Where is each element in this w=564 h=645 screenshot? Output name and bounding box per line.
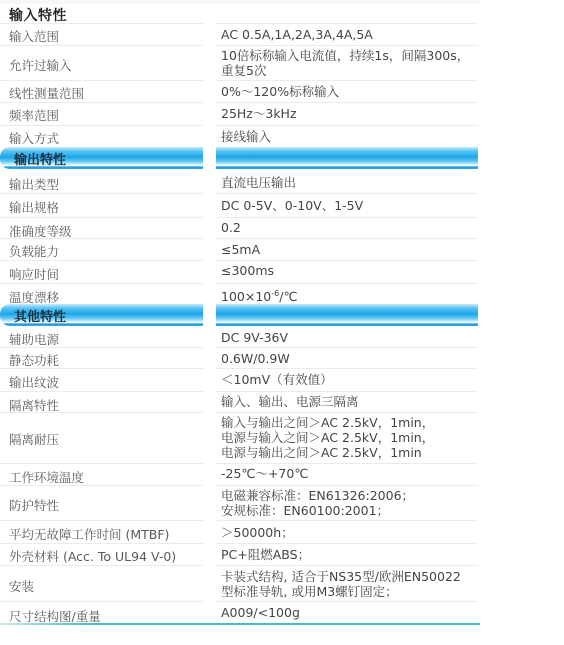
- spec-row-ripple: 输出纹波 ＜10mV（有效值）: [0, 369, 480, 391]
- spec-value-line: 重复5次: [221, 63, 469, 78]
- spec-value-line: 型标准导轨, 或用M3螺钉固定；: [221, 584, 461, 599]
- spec-row-dimensions-weight: 尺寸结构图/重量 A009/<100g: [0, 602, 480, 623]
- section-title-input: 输入特性: [9, 5, 67, 25]
- spec-row-response-time: 响应时间 ≤300ms: [0, 261, 480, 283]
- spec-label: 平均无故障工作时间 (MTBF): [9, 525, 169, 543]
- spec-row-aux-power: 辅助电源 DC 9V-36V: [0, 327, 480, 347]
- spec-value-line: 安规标准：EN60100:2001；: [221, 503, 414, 518]
- spec-row-protection: 防护特性 电磁兼容标准：EN61326:2006； 安规标准：EN60100:2…: [0, 486, 480, 520]
- top-band: [0, 0, 480, 4]
- spec-label: 隔离耐压: [9, 430, 59, 448]
- spec-label: 线性测量范围: [9, 84, 84, 102]
- section-title-other: 其他特性: [14, 306, 66, 325]
- spec-value: 电磁兼容标准：EN61326:2006； 安规标准：EN60100:2001；: [221, 488, 414, 518]
- spec-value: ＜10mV（有效值）: [221, 372, 333, 387]
- section-header-bar: [216, 304, 478, 326]
- section-header-other: 其他特性: [0, 304, 203, 326]
- spec-label: 允许过输入: [9, 56, 72, 74]
- spec-row-static-power: 静态功耗 0.6W/0.9W: [0, 348, 480, 368]
- spec-value: 输入与输出之间＞AC 2.5kV，1min， 电源与输入之间＞AC 2.5kV，…: [221, 415, 434, 460]
- section-header-bar: [216, 147, 478, 169]
- spec-row-accuracy: 准确度等级 0.2: [0, 218, 480, 238]
- spec-label: 输出纹波: [9, 373, 59, 391]
- spec-value: 卡装式结构, 适合于NS35型/欧洲EN50022 型标准导轨, 或用M3螺钉固…: [221, 569, 461, 599]
- spec-label: 输出规格: [9, 198, 59, 216]
- spec-label: 输入范围: [9, 27, 59, 45]
- section-header-output: 输出特性: [0, 147, 203, 169]
- spec-row-load: 负载能力 ≤5mA: [0, 239, 480, 260]
- spec-value-unit: /℃: [279, 289, 297, 304]
- spec-row-temp-drift: 温度漂移 100×10-6/℃: [0, 284, 480, 304]
- spec-row-operating-temp: 工作环境温度 -25℃～+70℃: [0, 464, 480, 485]
- bottom-divider: [0, 623, 480, 625]
- spec-value: 0%～120%标称输入: [221, 84, 339, 99]
- spec-value: 100×10-6/℃: [221, 286, 297, 304]
- spec-value: DC 9V-36V: [221, 330, 288, 345]
- spec-row-isolation-voltage: 隔离耐压 输入与输出之间＞AC 2.5kV，1min， 电源与输入之间＞AC 2…: [0, 413, 480, 463]
- spec-row-output-spec: 输出规格 DC 0-5V、0-10V、1-5V: [0, 194, 480, 217]
- spec-value: DC 0-5V、0-10V、1-5V: [221, 198, 363, 213]
- spec-label: 输入方式: [9, 129, 59, 147]
- spec-row-overload: 允许过输入 10倍标称输入电流值，持续1s，间隔300s， 重复5次: [0, 46, 480, 80]
- spec-row-mtbf: 平均无故障工作时间 (MTBF) ＞50000h；: [0, 521, 480, 543]
- spec-value-line: 电源与输入之间＞AC 2.5kV，1min，: [221, 430, 434, 445]
- spec-value: 输入、输出、电源三隔离: [221, 394, 359, 409]
- spec-label: 输出类型: [9, 175, 59, 193]
- spec-row-isolation: 隔离特性 输入、输出、电源三隔离: [0, 392, 480, 412]
- spec-value-line: 10倍标称输入电流值，持续1s，间隔300s，: [221, 48, 469, 63]
- spec-label: 静态功耗: [9, 351, 59, 369]
- spec-value: ＞50000h；: [221, 525, 294, 540]
- spec-label: 响应时间: [9, 265, 59, 283]
- section-title-output: 输出特性: [14, 149, 66, 168]
- spec-value: AC 0.5A,1A,2A,3A,4A,5A: [221, 27, 373, 42]
- spec-value: 0.2: [221, 220, 241, 235]
- spec-label: 外壳材料 (Acc. To UL94 V-0): [9, 547, 176, 565]
- spec-label: 辅助电源: [9, 330, 59, 348]
- spec-value-line: 电源与输出之间＞AC 2.5kV，1min: [221, 445, 434, 460]
- spec-value: -25℃～+70℃: [221, 466, 308, 481]
- spec-value: 0.6W/0.9W: [221, 351, 290, 366]
- spec-label: 工作环境温度: [9, 468, 84, 486]
- spec-value: 10倍标称输入电流值，持续1s，间隔300s， 重复5次: [221, 48, 469, 78]
- spec-value: 25Hz～3kHz: [221, 106, 297, 121]
- spec-value-line: 电磁兼容标准：EN61326:2006；: [221, 488, 414, 503]
- spec-value: ≤300ms: [221, 263, 274, 278]
- spec-label: 安装: [9, 577, 34, 595]
- spec-value: 接线输入: [221, 129, 271, 144]
- spec-value-base: 100×10: [221, 289, 271, 304]
- spec-row-housing: 外壳材料 (Acc. To UL94 V-0) PC+阻燃ABS；: [0, 544, 480, 565]
- spec-label: 负载能力: [9, 242, 59, 260]
- spec-value-line: 卡装式结构, 适合于NS35型/欧洲EN50022: [221, 569, 461, 584]
- spec-row-input-range: 输入范围 AC 0.5A,1A,2A,3A,4A,5A: [0, 24, 480, 45]
- spec-row-frequency: 频率范围 25Hz～3kHz: [0, 103, 480, 125]
- spec-row-installation: 安装 卡装式结构, 适合于NS35型/欧洲EN50022 型标准导轨, 或用M3…: [0, 566, 480, 601]
- spec-row-output-type: 输出类型 直流电压输出: [0, 172, 480, 193]
- spec-value-line: 输入与输出之间＞AC 2.5kV，1min，: [221, 415, 434, 430]
- spec-value: PC+阻燃ABS；: [221, 547, 310, 562]
- spec-value: ≤5mA: [221, 242, 260, 257]
- spec-row-input-method: 输入方式 接线输入: [0, 126, 480, 147]
- spec-row-linear-range: 线性测量范围 0%～120%标称输入: [0, 81, 480, 102]
- spec-value: 直流电压输出: [221, 175, 296, 190]
- spec-label: 防护特性: [9, 496, 59, 514]
- spec-label: 频率范围: [9, 106, 59, 124]
- spec-value: A009/<100g: [221, 605, 300, 620]
